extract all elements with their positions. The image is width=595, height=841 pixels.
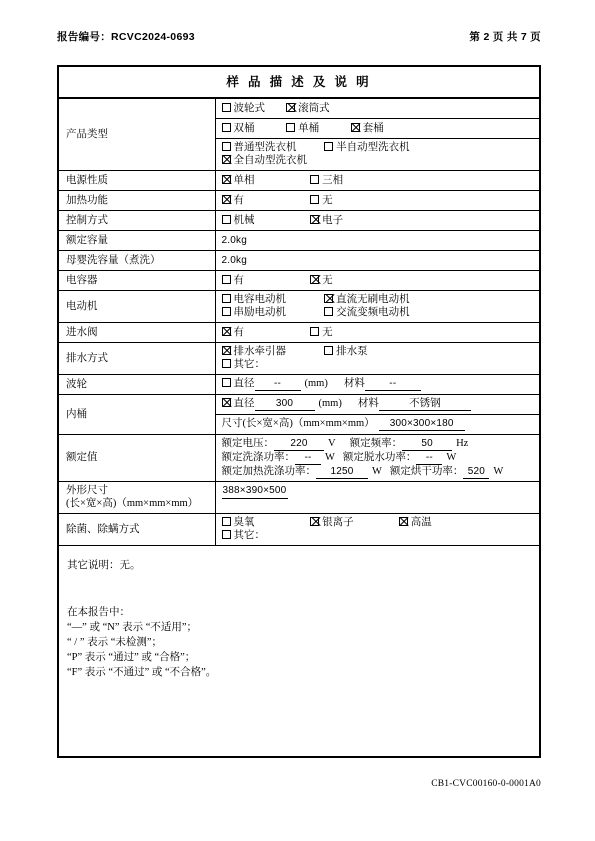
option-full-auto-washer: 全自动型洗衣机 (222, 154, 308, 167)
product-type-line2-cell: 双桶 单桶 套桶 (215, 118, 540, 138)
rated-spin-unit: W (446, 452, 456, 463)
inner-tub-material-value: 不锈钢 (379, 398, 471, 411)
option-valve-no: 无 (310, 326, 333, 339)
rated-wash-label: 额定洗涤功率： (222, 452, 296, 463)
option-label: 交流变频电动机 (336, 307, 410, 318)
report-number-value: RCVC2024-0693 (111, 31, 195, 43)
option-label: 电容电动机 (234, 294, 287, 305)
row-label-control: 控制方式 (58, 210, 215, 230)
capacity-value: 2.0kg (222, 235, 247, 246)
checkbox-icon (222, 530, 231, 539)
option-valve-yes: 有 (222, 326, 308, 339)
other-remarks: 其它说明：无。 (67, 559, 531, 572)
rated-voltage-value: 220 (274, 438, 324, 451)
option-drain-tractor: 排水牵引器 (222, 345, 322, 358)
option-single-tub: 单桶 (286, 122, 348, 135)
rated-dry-value: 520 (463, 466, 489, 479)
checkbox-icon (310, 517, 319, 526)
rated-freq-unit: Hz (456, 438, 468, 449)
row-label-dimensions: 外形尺寸 (长×宽×高)（mm×mm×mm） (58, 481, 215, 513)
capacity-value-cell: 2.0kg (215, 230, 540, 250)
checkbox-icon (222, 359, 231, 368)
table-row-sterilize: 除菌、除螨方式 臭氧 银离子 高温 其它： (58, 513, 540, 545)
pulsator-material-value: -- (365, 378, 421, 391)
legend-line: “—” 或 “N” 表示 “不适用”； (67, 620, 531, 635)
option-ac-inverter-motor: 交流变频电动机 (324, 306, 410, 319)
row-label-drain: 排水方式 (58, 342, 215, 374)
option-label: 排水泵 (336, 346, 368, 357)
table-title: 样 品 描 述 及 说 明 (58, 66, 540, 98)
checkbox-icon (222, 195, 231, 204)
valve-value-cell: 有 无 (215, 322, 540, 342)
table-row-inner-tub-1: 内桶 直径300(mm)材料不锈钢 (58, 394, 540, 414)
row-label-sterilize: 除菌、除螨方式 (58, 513, 215, 545)
rated-value-cell: 额定电压：220V额定频率：50Hz 额定洗涤功率：--W额定脱水功率：--W … (215, 434, 540, 481)
option-label: 直流无刷电动机 (336, 294, 410, 305)
rated-voltage-label: 额定电压： (222, 438, 275, 449)
checkbox-icon (222, 517, 231, 526)
row-label-heating: 加热功能 (58, 190, 215, 210)
rated-voltage-unit: V (328, 438, 336, 449)
heating-value-cell: 有 无 (215, 190, 540, 210)
rated-heatwash-unit: W (372, 466, 382, 477)
checkbox-icon (286, 103, 295, 112)
checkbox-icon (310, 327, 319, 336)
checkbox-icon (324, 346, 333, 355)
option-label: 电子 (322, 215, 343, 226)
page-header: 报告编号：RCVC2024-0693 第 2 页 共 7 页 (57, 29, 541, 44)
row-label-rated: 额定值 (58, 434, 215, 481)
checkbox-icon (351, 123, 360, 132)
sample-description-table: 样 品 描 述 及 说 明 产品类型 波轮式 滚筒式 双桶 单桶 套桶 普通型洗… (57, 65, 541, 758)
row-label-baby-capacity: 母婴洗容量（煮洗） (58, 250, 215, 270)
checkbox-icon (222, 175, 231, 184)
option-drain-other: 其它： (222, 358, 266, 371)
checkbox-icon (310, 195, 319, 204)
checkbox-icon (222, 275, 231, 284)
rated-dry-label: 额定烘干功率： (390, 466, 464, 477)
rated-heatwash-value: 1250 (316, 466, 368, 479)
option-mechanical: 机械 (222, 214, 308, 227)
option-label: 波轮式 (234, 103, 266, 114)
checkbox-icon (310, 275, 319, 284)
option-electronic: 电子 (310, 214, 343, 227)
checkbox-icon (222, 142, 231, 151)
option-three-phase: 三相 (310, 174, 343, 187)
option-drain-pump: 排水泵 (324, 345, 368, 358)
pulsator-material-label: 材料 (344, 378, 365, 389)
checkbox-icon (222, 327, 231, 336)
option-label: 机械 (234, 215, 255, 226)
checkbox-icon (222, 123, 231, 132)
table-row-dimensions: 外形尺寸 (长×宽×高)（mm×mm×mm） 388×390×500 (58, 481, 540, 513)
option-label: 其它： (234, 359, 266, 370)
report-number: 报告编号：RCVC2024-0693 (57, 29, 195, 44)
option-bldc-motor: 直流无刷电动机 (324, 293, 410, 306)
inner-tub-diameter-cell: 直径300(mm)材料不锈钢 (215, 394, 540, 414)
rated-spin-value: -- (416, 452, 442, 465)
pulsator-diameter-label: 直径 (234, 378, 255, 389)
option-label: 银离子 (322, 517, 354, 528)
inner-tub-diameter-label: 直径 (234, 398, 255, 409)
table-row-power: 电源性质 单相 三相 (58, 170, 540, 190)
option-label: 全自动型洗衣机 (234, 155, 308, 166)
option-label: 半自动型洗衣机 (336, 142, 410, 153)
option-silver-ion: 银离子 (310, 516, 396, 529)
table-row-product-type-1: 产品类型 波轮式 滚筒式 (58, 98, 540, 118)
option-capacitor-motor: 电容电动机 (222, 293, 322, 306)
pulsator-diameter-unit: (mm) (305, 378, 328, 389)
row-label-power: 电源性质 (58, 170, 215, 190)
checkbox-icon (222, 378, 231, 387)
table-row-baby-capacity: 母婴洗容量（煮洗） 2.0kg (58, 250, 540, 270)
option-label: 有 (234, 275, 245, 286)
sterilize-value-cell: 臭氧 银离子 高温 其它： (215, 513, 540, 545)
legend-line: “F” 表示 “不通过” 或 “不合格”。 (67, 665, 531, 680)
table-row-control: 控制方式 机械 电子 (58, 210, 540, 230)
checkbox-icon (399, 517, 408, 526)
checkbox-icon (222, 307, 231, 316)
option-label: 无 (322, 275, 333, 286)
option-label: 普通型洗衣机 (234, 142, 297, 153)
table-row-heating: 加热功能 有 无 (58, 190, 540, 210)
row-label-capacitor: 电容器 (58, 270, 215, 290)
table-row-valve: 进水阀 有 无 (58, 322, 540, 342)
rated-heatwash-label: 额定加热洗涤功率： (222, 466, 317, 477)
checkbox-icon (310, 215, 319, 224)
option-label: 高温 (411, 517, 432, 528)
baby-capacity-value: 2.0kg (222, 255, 247, 266)
checkbox-icon (324, 294, 333, 303)
pulsator-diameter-value: -- (255, 378, 301, 391)
baby-capacity-value-cell: 2.0kg (215, 250, 540, 270)
option-series-motor: 串励电动机 (222, 306, 322, 319)
table-row-capacity: 额定容量 2.0kg (58, 230, 540, 250)
rated-freq-label: 额定频率： (350, 438, 403, 449)
option-heating-yes: 有 (222, 194, 308, 207)
product-type-line3-cell: 普通型洗衣机 半自动型洗衣机 全自动型洗衣机 (215, 138, 540, 170)
inner-tub-material-label: 材料 (358, 398, 379, 409)
report-number-label: 报告编号： (57, 31, 111, 43)
inner-tub-diameter-unit: (mm) (319, 398, 342, 409)
checkbox-icon (222, 294, 231, 303)
option-label: 有 (234, 327, 245, 338)
rated-spin-label: 额定脱水功率： (343, 452, 417, 463)
option-label: 臭氧 (234, 517, 255, 528)
option-twin-tub: 双桶 (222, 122, 284, 135)
row-label-inner-tub: 内桶 (58, 394, 215, 434)
option-label: 无 (322, 327, 333, 338)
checkbox-icon (222, 103, 231, 112)
legend-line: “P” 表示 “通过” 或 “合格”； (67, 650, 531, 665)
checkbox-icon (324, 142, 333, 151)
inner-tub-diameter-value: 300 (255, 398, 315, 411)
row-label-product-type: 产品类型 (58, 98, 215, 170)
checkbox-icon (222, 398, 231, 407)
row-label-capacity: 额定容量 (58, 230, 215, 250)
option-sterilize-other: 其它： (222, 529, 266, 542)
option-label: 串励电动机 (234, 307, 287, 318)
checkbox-icon (222, 215, 231, 224)
dimensions-label-line2: (长×宽×高)（mm×mm×mm） (66, 497, 209, 510)
rated-freq-value: 50 (402, 438, 452, 451)
option-label: 滚筒式 (298, 103, 330, 114)
table-row-motor: 电动机 电容电动机 直流无刷电动机 串励电动机 交流变频电动机 (58, 290, 540, 322)
option-semi-auto-washer: 半自动型洗衣机 (324, 141, 410, 154)
table-title-row: 样 品 描 述 及 说 明 (58, 66, 540, 98)
option-capacitor-no: 无 (310, 274, 333, 287)
checkbox-icon (324, 307, 333, 316)
option-label: 有 (234, 195, 245, 206)
rated-wash-value: -- (295, 452, 321, 465)
option-capacitor-yes: 有 (222, 274, 308, 287)
pulsator-value-cell: 直径--(mm)材料-- (215, 374, 540, 394)
row-label-valve: 进水阀 (58, 322, 215, 342)
option-label: 双桶 (234, 123, 255, 134)
checkbox-icon (310, 175, 319, 184)
table-row-rated: 额定值 额定电压：220V额定频率：50Hz 额定洗涤功率：--W额定脱水功率：… (58, 434, 540, 481)
capacitor-value-cell: 有 无 (215, 270, 540, 290)
option-drum-type: 滚筒式 (286, 102, 330, 115)
rated-wash-unit: W (325, 452, 335, 463)
checkbox-icon (286, 123, 295, 132)
power-value-cell: 单相 三相 (215, 170, 540, 190)
option-label: 其它： (234, 530, 266, 541)
option-label: 单桶 (298, 123, 319, 134)
option-label: 单相 (234, 175, 255, 186)
drain-value-cell: 排水牵引器 排水泵 其它： (215, 342, 540, 374)
dimensions-value-cell: 388×390×500 (215, 481, 540, 513)
option-label: 三相 (322, 175, 343, 186)
option-nested-tub: 套桶 (351, 122, 384, 135)
motor-value-cell: 电容电动机 直流无刷电动机 串励电动机 交流变频电动机 (215, 290, 540, 322)
control-value-cell: 机械 电子 (215, 210, 540, 230)
document-code: CB1-CVC00160-0-0001A0 (57, 779, 541, 789)
table-row-notes: 其它说明：无。 在本报告中： “—” 或 “N” 表示 “不适用”； “ / ”… (58, 545, 540, 757)
option-high-temp: 高温 (399, 516, 432, 529)
report-page: 报告编号：RCVC2024-0693 第 2 页 共 7 页 样 品 描 述 及… (0, 0, 595, 841)
product-type-line1-cell: 波轮式 滚筒式 (215, 98, 540, 118)
option-label: 无 (322, 195, 333, 206)
page-indicator: 第 2 页 共 7 页 (469, 29, 541, 44)
notes-cell: 其它说明：无。 在本报告中： “—” 或 “N” 表示 “不适用”； “ / ”… (58, 545, 540, 757)
inner-tub-size-label: 尺寸(长×宽×高)（mm×mm×mm） (222, 418, 375, 429)
option-label: 排水牵引器 (234, 346, 287, 357)
option-ordinary-washer: 普通型洗衣机 (222, 141, 322, 154)
legend-line: “ / ” 表示 “未检测”； (67, 635, 531, 650)
checkbox-icon (222, 346, 231, 355)
dimensions-value: 388×390×500 (222, 484, 289, 499)
option-single-phase: 单相 (222, 174, 308, 187)
option-label: 套桶 (363, 123, 384, 134)
option-pulsator-type: 波轮式 (222, 102, 284, 115)
row-label-pulsator: 波轮 (58, 374, 215, 394)
inner-tub-size-value: 300×300×180 (379, 418, 465, 431)
row-label-motor: 电动机 (58, 290, 215, 322)
dimensions-label-line1: 外形尺寸 (66, 484, 209, 497)
table-row-pulsator: 波轮 直径--(mm)材料-- (58, 374, 540, 394)
option-heating-no: 无 (310, 194, 333, 207)
legend-intro: 在本报告中： (67, 605, 531, 620)
inner-tub-size-cell: 尺寸(长×宽×高)（mm×mm×mm）300×300×180 (215, 414, 540, 434)
option-ozone: 臭氧 (222, 516, 308, 529)
checkbox-icon (222, 155, 231, 164)
table-row-drain: 排水方式 排水牵引器 排水泵 其它： (58, 342, 540, 374)
rated-dry-unit: W (493, 466, 503, 477)
table-row-capacitor: 电容器 有 无 (58, 270, 540, 290)
